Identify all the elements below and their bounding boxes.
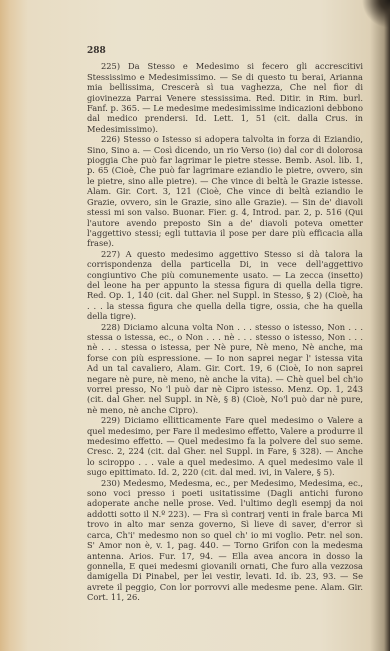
- page-number: 288: [87, 46, 363, 56]
- paragraph-229: 229) Diciamo ellitticamente Fare quel me…: [87, 415, 363, 477]
- paragraph-227: 227) A questo medesimo aggettivo Stesso …: [87, 249, 363, 322]
- paragraph-230: 230) Medesmo, Medesma, ec., per Medesimo…: [87, 478, 363, 603]
- paragraph-225: 225) Da Stesso e Medesimo si fecero gli …: [87, 61, 363, 134]
- paragraph-228: 228) Diciamo alcuna volta Non . . . stes…: [87, 322, 363, 416]
- page-text: 288 225) Da Stesso e Medesimo si fecero …: [87, 46, 363, 603]
- book-page: 288 225) Da Stesso e Medesimo si fecero …: [0, 0, 390, 651]
- paragraph-226: 226) Stesso o Istesso si adopera talvolt…: [87, 134, 363, 248]
